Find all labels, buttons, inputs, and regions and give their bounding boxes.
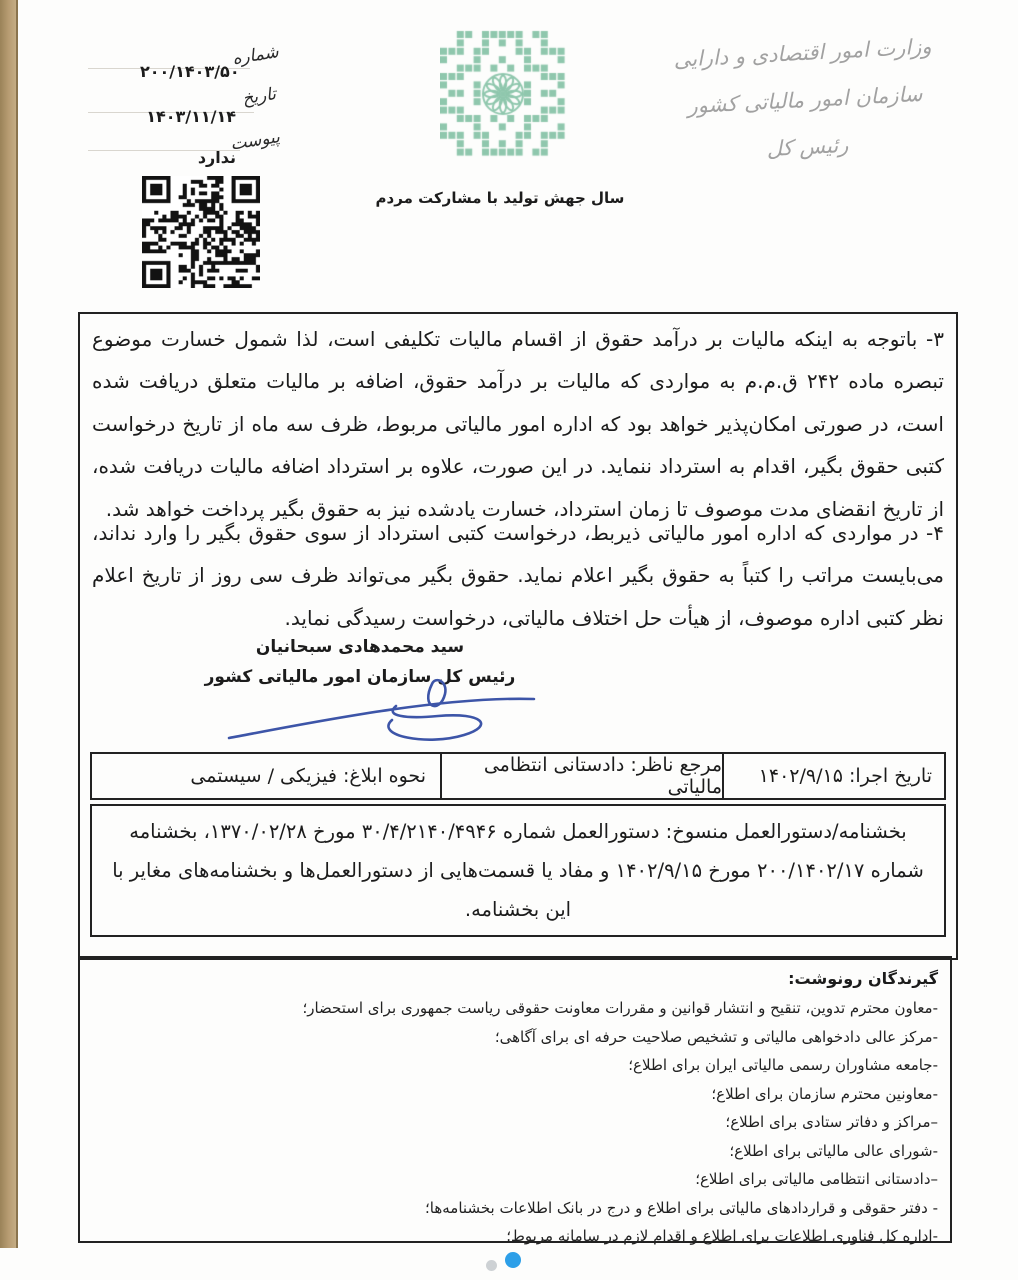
paragraph-3: ۳- باتوجه به اینکه مالیات بر درآمد حقوق … bbox=[92, 318, 944, 530]
signature-block: سید محمدهادی سبحانیان رئیس کل سازمان امو… bbox=[160, 632, 560, 692]
recipient-item: -مرکز عالی دادخواهی مالیاتی و تشخیص صلاح… bbox=[92, 1023, 938, 1052]
superseded-circulars-cell: بخشنامه/دستورالعمل منسوخ: دستورالعمل شما… bbox=[90, 804, 946, 937]
tax-administration-emblem-icon bbox=[440, 26, 566, 162]
recipient-item: -شورای عالی مالیاتی برای اطلاع؛ bbox=[92, 1137, 938, 1166]
recipient-item: -اداره کل فناوری اطلاعات برای اطلاع و اق… bbox=[92, 1222, 938, 1251]
paragraph-4: ۴- در مواردی که اداره امور مالیاتی ذیربط… bbox=[92, 512, 944, 639]
execution-date-cell: تاریخ اجرا: ۱۴۰۲/۹/۱۵ bbox=[724, 754, 944, 798]
footer-gray-dot-icon bbox=[486, 1260, 497, 1271]
signatory-name: سید محمدهادی سبحانیان bbox=[160, 632, 560, 662]
recipient-item: -جامعه مشاوران رسمی مالیاتی ایران برای ا… bbox=[92, 1051, 938, 1080]
date-value: ۱۴۰۳/۱۱/۱۴ bbox=[140, 107, 236, 126]
recipients-box: گیرندگان رونوشت: -معاون محترم تدوین، تنق… bbox=[78, 956, 952, 1243]
recipient-item: -معاون محترم تدوین، تنقیح و انتشار قوانی… bbox=[92, 994, 938, 1023]
page-edge-strip bbox=[0, 0, 18, 1248]
supervising-authority-cell: مرجع ناظر: دادستانی انتظامی مالیاتی bbox=[440, 754, 724, 798]
footer-logo-dot-icon bbox=[505, 1252, 521, 1268]
date-label: تاریخ bbox=[241, 84, 278, 109]
execution-info-row: تاریخ اجرا: ۱۴۰۲/۹/۱۵ مرجع ناظر: دادستان… bbox=[90, 752, 946, 800]
recipient-item: –دادستانی انتظامی مالیاتی برای اطلاع؛ bbox=[92, 1165, 938, 1194]
letterhead-calligraphy: وزارت امور اقتصادی و دارایی سازمان امور … bbox=[607, 20, 1004, 181]
recipient-item: -معاونین محترم سازمان برای اطلاع؛ bbox=[92, 1080, 938, 1109]
year-slogan: سال جهش تولید با مشارکت مردم bbox=[330, 189, 670, 207]
recipient-item: - دفتر حقوقی و قراردادهای مالیاتی برای ا… bbox=[92, 1194, 938, 1223]
signature-scrawl-icon bbox=[224, 672, 544, 756]
recipients-header: گیرندگان رونوشت: bbox=[92, 964, 938, 994]
attachment-value: ندارد bbox=[140, 148, 236, 167]
recipient-item: –مراکز و دفاتر ستادی برای اطلاع؛ bbox=[92, 1108, 938, 1137]
number-value: ۲۰۰/۱۴۰۳/۵۰ bbox=[140, 62, 236, 81]
qr-code-icon bbox=[142, 176, 260, 288]
notification-method-cell: نحوه ابلاغ: فیزیکی / سیستمی bbox=[92, 754, 440, 798]
circular-body-box: ۳- باتوجه به اینکه مالیات بر درآمد حقوق … bbox=[78, 312, 958, 960]
